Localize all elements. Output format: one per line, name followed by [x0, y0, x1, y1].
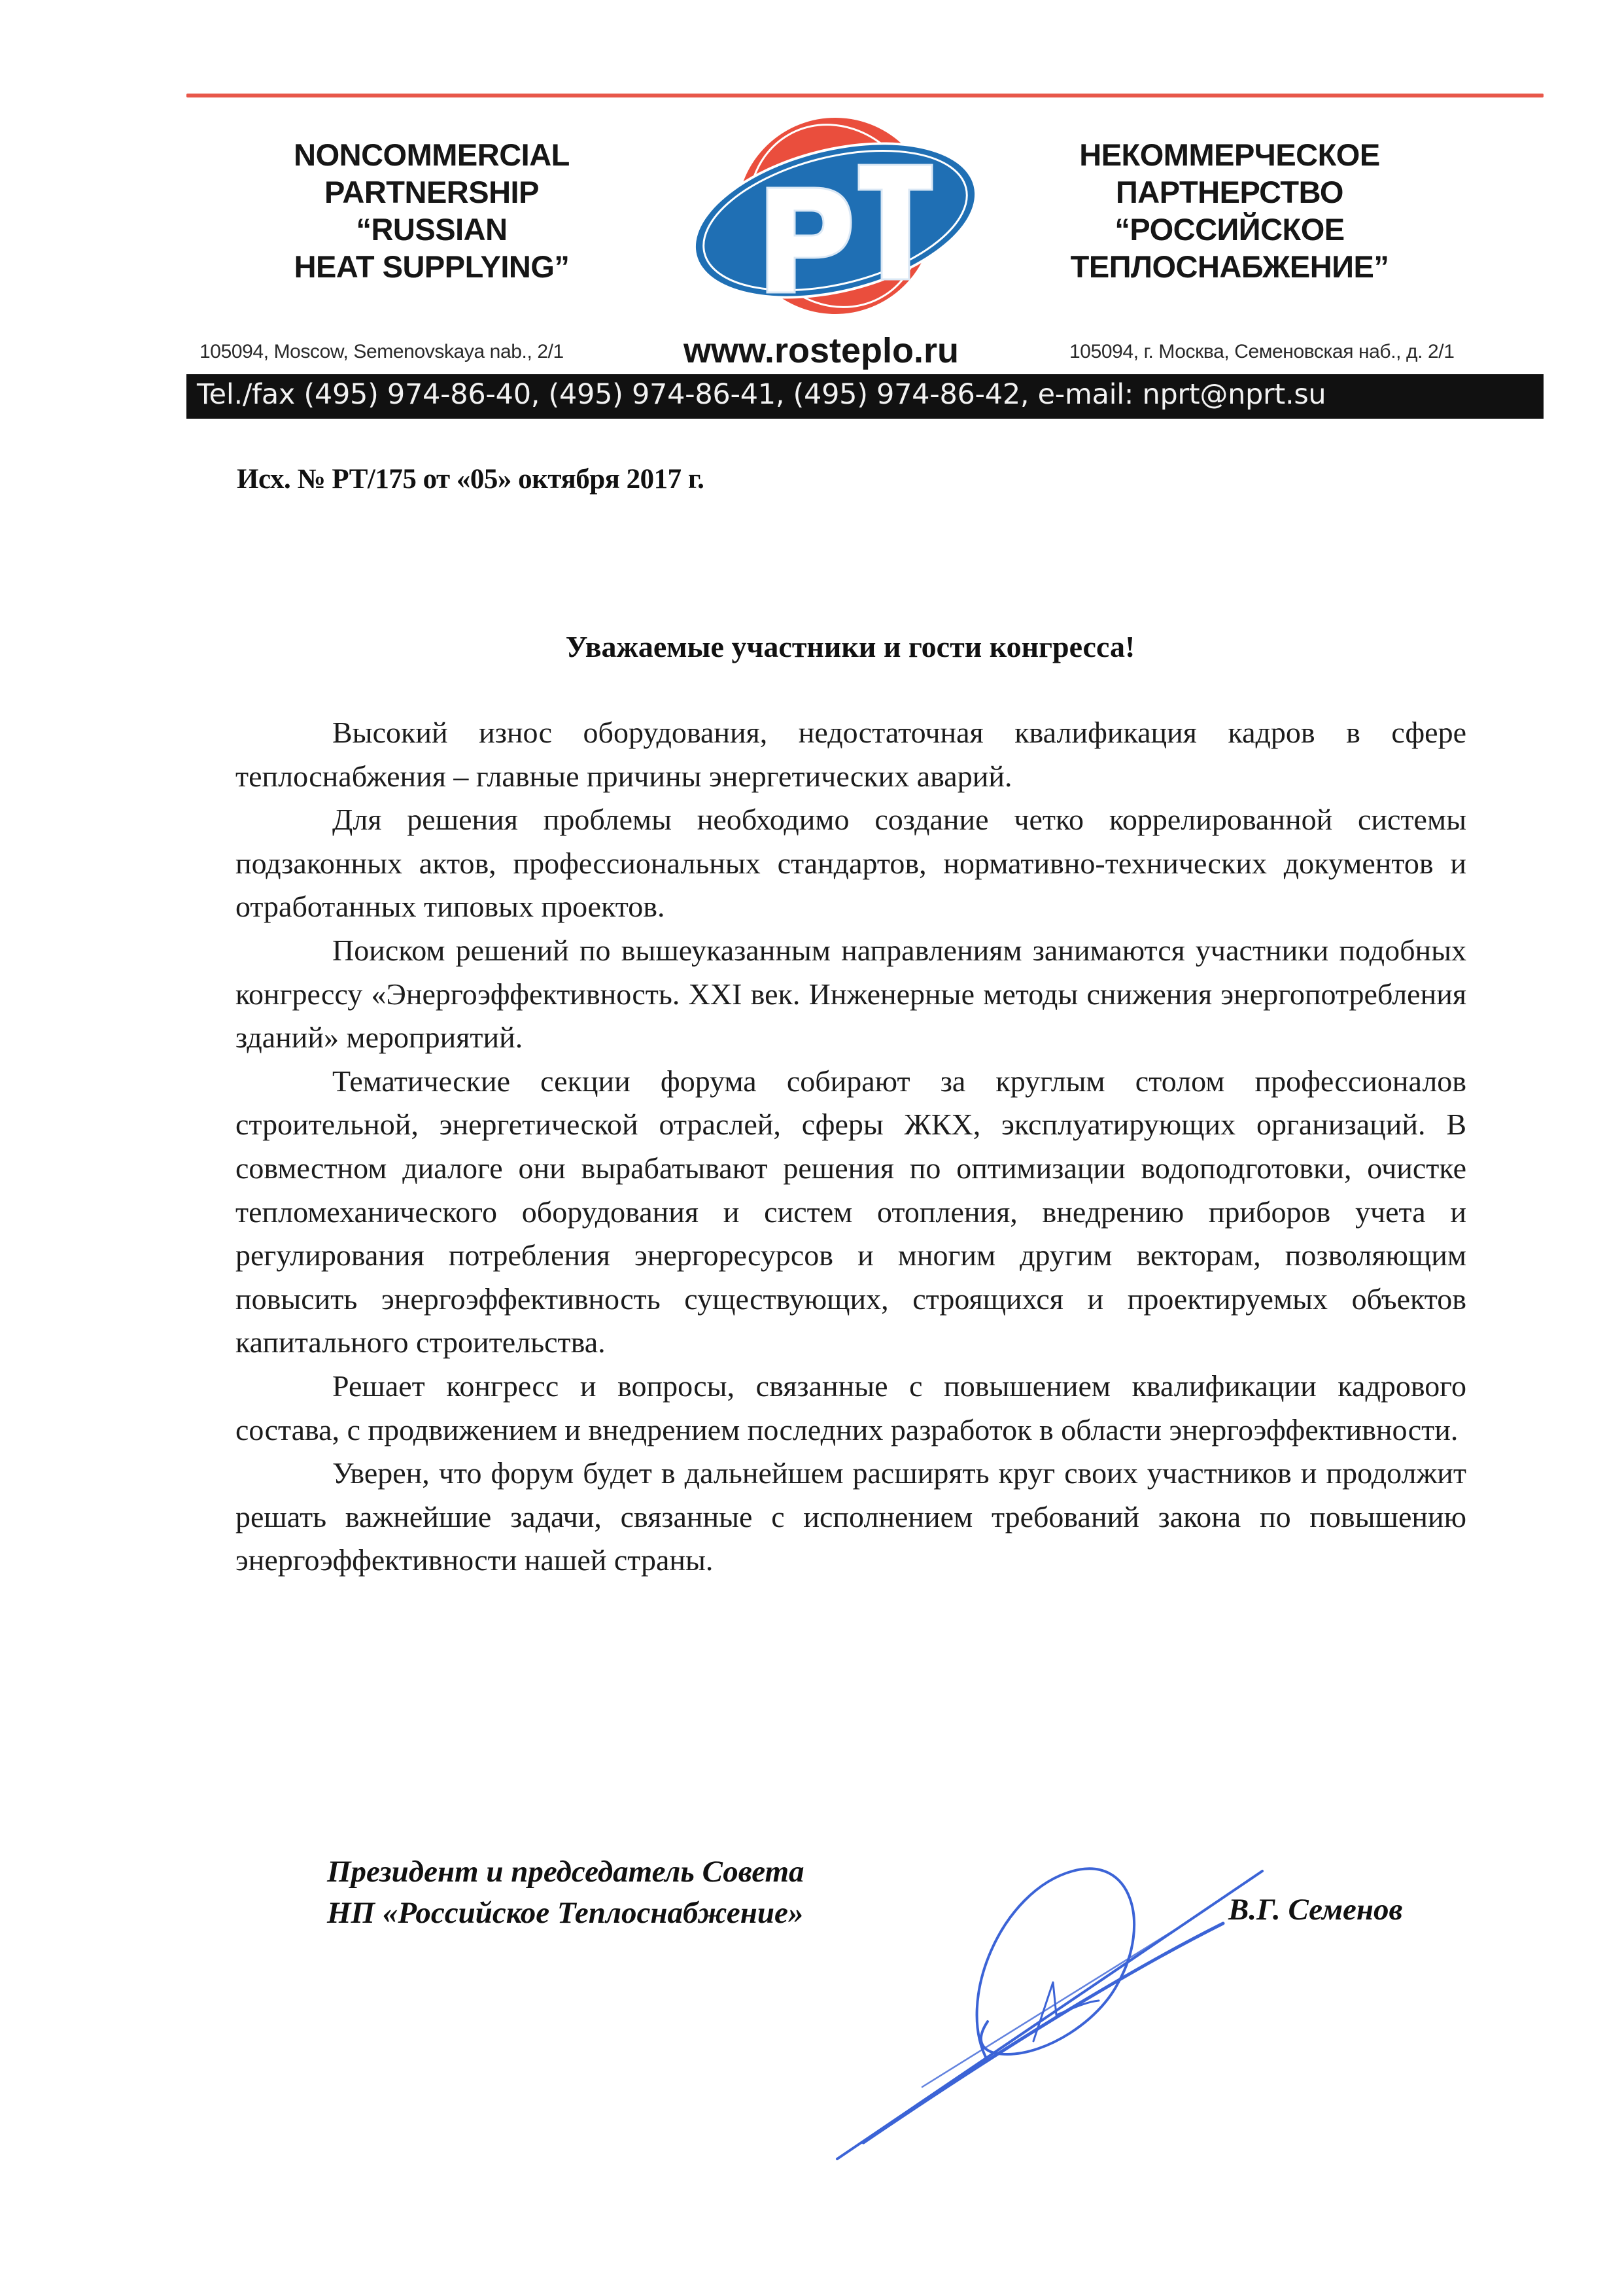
signatory-title-line: Президент и председатель Совета	[327, 1851, 804, 1893]
org-name-line: NONCOMMERCIAL	[262, 136, 602, 173]
org-name-russian: НЕКОММЕРЧЕСКОЕ ПАРТНЕРСТВО “РОССИЙСКОЕ Т…	[1046, 136, 1413, 285]
letter-body: Высокий износ оборудования, недостаточна…	[235, 711, 1466, 1583]
org-name-line: ТЕПЛОСНАБЖЕНИЕ”	[1046, 248, 1413, 285]
org-name-line: ПАРТНЕРСТВО	[1046, 173, 1413, 211]
salutation-heading: Уважаемые участники и гости конгресса!	[235, 629, 1465, 664]
handwritten-signature-icon	[824, 1845, 1275, 2172]
body-paragraph: Тематические секции форума собирают за к…	[235, 1060, 1466, 1365]
body-paragraph: Поиском решений по вышеуказанным направл…	[235, 929, 1466, 1060]
body-paragraph: Высокий износ оборудования, недостаточна…	[235, 711, 1466, 798]
address-english: 105094, Moscow, Semenovskaya nab., 2/1	[199, 341, 564, 363]
org-name-line: “РОССИЙСКОЕ	[1046, 211, 1413, 248]
org-name-line: “RUSSIAN	[262, 211, 602, 248]
letterhead-red-rule	[186, 94, 1544, 97]
org-name-english: NONCOMMERCIAL PARTNERSHIP “RUSSIAN HEAT …	[262, 136, 602, 285]
contact-bar: Tel./fax (495) 974-86-40, (495) 974-86-4…	[186, 374, 1544, 419]
signatory-title: Президент и председатель Совета НП «Росс…	[327, 1851, 804, 1934]
org-name-line: PARTNERSHIP	[262, 173, 602, 211]
contact-info: Tel./fax (495) 974-86-40, (495) 974-86-4…	[197, 378, 1326, 411]
org-name-line: НЕКОММЕРЧЕСКОЕ	[1046, 136, 1413, 173]
body-paragraph: Уверен, что форум будет в дальнейшем рас…	[235, 1452, 1466, 1583]
body-paragraph: Решает конгресс и вопросы, связанные с п…	[235, 1365, 1466, 1452]
address-russian: 105094, г. Москва, Семеновская наб., д. …	[1069, 341, 1455, 363]
outgoing-reference-number: Исх. № РТ/175 от «05» октября 2017 г.	[237, 463, 704, 495]
website-link[interactable]: www.rosteplo.ru	[683, 330, 959, 371]
signatory-title-line: НП «Российское Теплоснабжение»	[327, 1893, 804, 1934]
rt-oval-logo-icon	[690, 113, 984, 322]
org-name-line: HEAT SUPPLYING”	[262, 248, 602, 285]
body-paragraph: Для решения проблемы необходимо создание…	[235, 798, 1466, 929]
signatory-name: В.Г. Семенов	[1228, 1892, 1402, 1927]
